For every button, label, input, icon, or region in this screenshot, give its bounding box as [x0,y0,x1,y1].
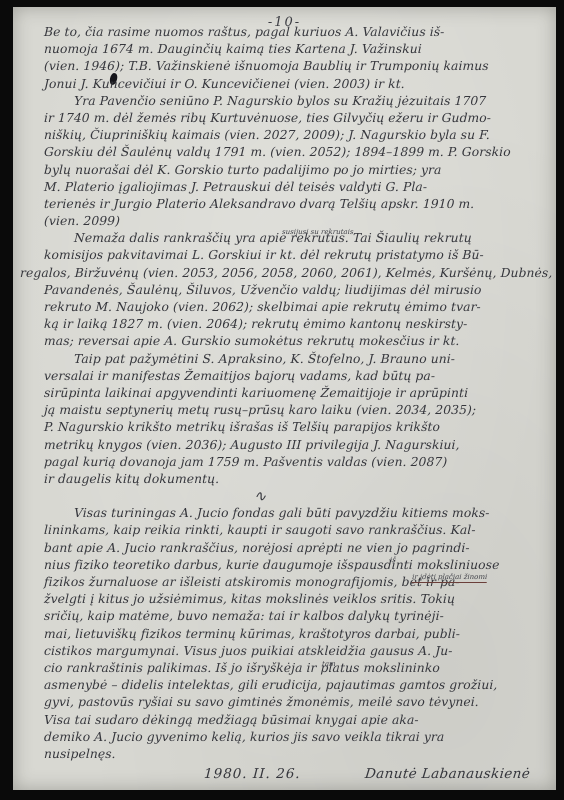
interlinear-insertion: ir įdėti plačiai žinomi [412,574,488,583]
manuscript-line: Jonui J. Kuncevičiui ir O. Kuncevičienei… [44,76,537,93]
manuscript-line: Yra Pavenčio seniūno P. Nagurskio bylos … [44,93,537,110]
manuscript-line: mai, lietuviškų fizikos terminų kūrimas,… [44,626,537,643]
manuscript-line: cio rankraštinis palikimas. Iš jo išryšk… [44,660,537,677]
scanned-page: -10- Be to, čia rasime nuomos raštus, pa… [0,0,564,800]
manuscript-line: bant apie A. Jucio rankraščius, norėjosi… [44,540,537,557]
interlinear-insertion: tam [322,661,336,668]
manuscript-line: sričių, kaip matėme, buvo nemaža: tai ir… [44,608,537,625]
manuscript-line: (vien. 1946); T.B. Važinskienė išnuomoja… [44,58,537,75]
manuscript-line: P. Nagurskio krikšto metrikų išrašas iš … [44,419,537,436]
manuscript-line: M. Platerio įgaliojimas J. Petrauskui dė… [44,179,537,196]
manuscript-line: nius fiziko teoretiko darbus, kurie daug… [44,557,537,574]
manuscript-line: nuomoja 1674 m. Dauginčių kaimą ties Kar… [44,41,537,58]
manuscript-line: Gorskiu dėl Šaulėnų valdų 1791 m. (vien.… [44,144,537,161]
manuscript-line: ką ir laiką 1827 m. (vien. 2064); rekrut… [44,316,537,333]
manuscript-line: Visa tai sudaro dėkingą medžiagą būsimai… [44,712,537,729]
manuscript-line: demiko A. Jucio gyvenimo kelią, kurios j… [44,729,537,746]
manuscript-line: žvelgti į kitus jo užsiėmimus, kitas mok… [44,591,537,608]
manuscript-line: rekruto M. Naujoko (vien. 2062); skelbim… [44,299,537,316]
manuscript-line: metrikų knygos (vien. 2036); Augusto III… [44,437,537,454]
interlinear-insertion: susijusi su rekrutais [282,229,354,236]
interlinear-insertion: iš [390,557,396,564]
manuscript-line: gyvi, pastovūs ryšiai su savo gimtinės ž… [44,694,537,711]
manuscript-line: Be to, čia rasime nuomos raštus, pagal k… [44,24,537,41]
manuscript-line: nusipelnęs. [44,746,537,763]
section-divider: ∿ [44,488,537,505]
manuscript-line: terienės ir Jurgio Platerio Aleksandravo… [44,196,537,213]
manuscript-line: regalos, Biržuvėnų (vien. 2053, 2056, 20… [20,265,537,282]
manuscript-line: cistikos margumynai. Visus juos puikiai … [44,643,537,660]
manuscript-lines: Be to, čia rasime nuomos raštus, pagal k… [44,24,536,763]
manuscript-footer: 1980. II. 26. Danutė Labanauskienė [44,766,536,782]
manuscript-line: lininkams, kaip reikia rinkti, kaupti ir… [44,522,537,539]
manuscript-line: asmenybė – didelis intelektas, gili erud… [44,677,537,694]
date: 1980. II. 26. [204,766,302,782]
manuscript-line: pagal kurią dovanoja jam 1759 m. Pašvent… [44,454,537,471]
signature: Danutė Labanauskienė [364,766,531,782]
manuscript-line: niškių, Čiupriniškių kaimais (vien. 2027… [44,127,537,144]
manuscript-line: ir 1740 m. dėl žemės ribų Kurtuvėnuose, … [44,110,537,127]
manuscript-line: mas; reversai apie A. Gurskio sumokėtus … [44,333,537,350]
manuscript-line: Pavandenės, Šaulėnų, Šiluvos, Užvenčio v… [44,282,537,299]
manuscript-line: sirūpinta laikinai apgyvendinti kariuome… [44,385,537,402]
manuscript-line: bylų nuorašai dėl K. Gorskio turto padal… [44,162,537,179]
manuscript-line: komisijos pakvitavimai L. Gorskiui ir kt… [44,247,537,264]
manuscript-line: ir daugelis kitų dokumentų. [44,471,537,488]
manuscript-line: versalai ir manifestas Žemaitijos bajorų… [44,368,537,385]
manuscript-line: Taip pat pažymėtini S. Apraksino, K. Što… [44,351,537,368]
manuscript-line: Visas turiningas A. Jucio fondas gali bū… [44,505,537,522]
manuscript-line: ją maistu septynerių metų rusų–prūsų kar… [44,402,537,419]
